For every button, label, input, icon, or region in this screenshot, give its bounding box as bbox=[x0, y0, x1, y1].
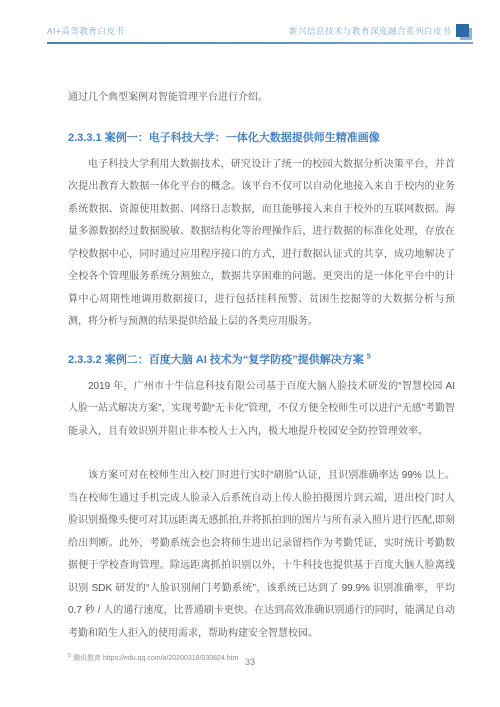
logo-dark-square bbox=[456, 24, 469, 37]
case-2-paragraph-1: 2019 年，广州市十牛信息科技有限公司基于百度大脑人脸技术研发的“智慧校园 A… bbox=[68, 376, 455, 444]
header-divider bbox=[47, 42, 473, 44]
document-body: 通过几个典型案例对智能管理平台进行介绍。 2.3.3.1 案例一：电子科技大学：… bbox=[68, 87, 455, 664]
header-right-title: 新兴信息技术与教育深度融合系列白皮书 bbox=[289, 25, 451, 37]
header-left-title: AI+高等教育白皮书 bbox=[47, 25, 125, 37]
page-number: 33 bbox=[245, 657, 255, 667]
page-header: AI+高等教育白皮书 新兴信息技术与教育深度融合系列白皮书 bbox=[47, 24, 473, 44]
section-heading-case-2-text: 2.3.3.2 案例二：百度大脑 AI 技术为“复学防疫”提供解决方案 bbox=[68, 354, 364, 366]
section-heading-case-1: 2.3.3.1 案例一：电子科技大学：一体化大数据提供师生精准画像 bbox=[68, 130, 455, 146]
case-1-paragraph: 电子科技大学利用大数据技术，研究设计了统一的校园大数据分析决策平台，并首次提出教… bbox=[68, 154, 455, 334]
footnote-reference-mark: 5 bbox=[367, 353, 371, 360]
page-footer: 33 bbox=[0, 652, 500, 670]
logo-square-icon bbox=[456, 24, 473, 41]
intro-paragraph: 通过几个典型案例对智能管理平台进行介绍。 bbox=[68, 87, 455, 110]
case-2-paragraph-2: 该方案可对在校师生出入校门时进行实时“刷脸”认证，且识别准确率达 99% 以上。… bbox=[68, 465, 455, 645]
section-heading-case-2: 2.3.3.2 案例二：百度大脑 AI 技术为“复学防疫”提供解决方案 5 bbox=[68, 352, 455, 368]
document-page: AI+高等教育白皮书 新兴信息技术与教育深度融合系列白皮书 通过几个典型案例对智… bbox=[0, 0, 500, 707]
